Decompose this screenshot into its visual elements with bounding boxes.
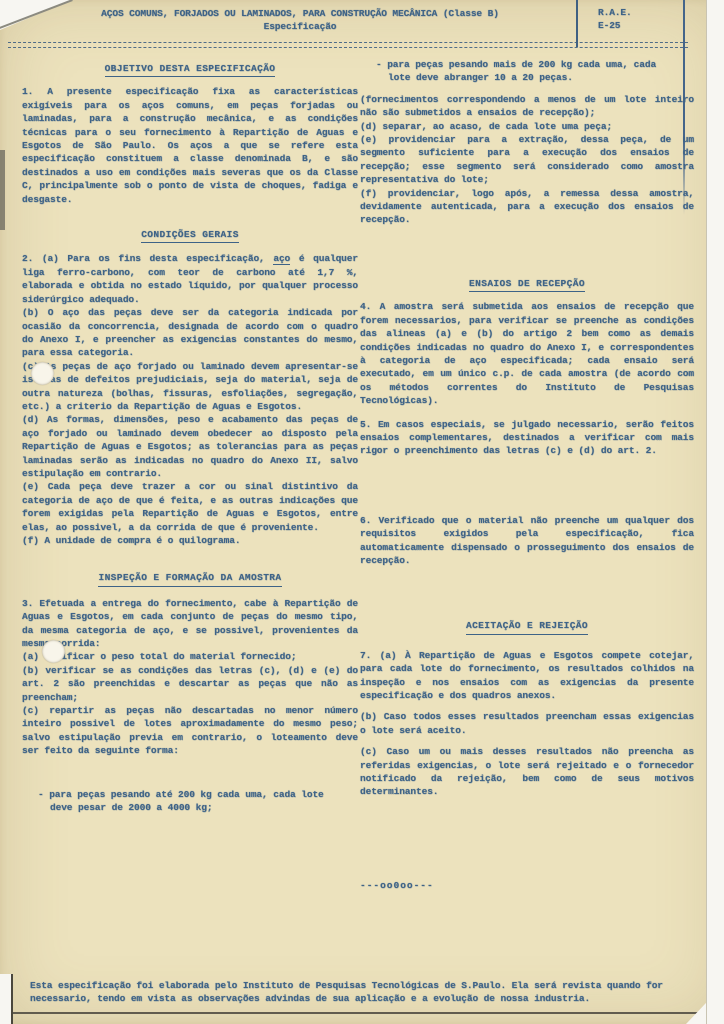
document-title: AÇOS COMUNS, FORJADOS OU LAMINADOS, PARA… — [30, 7, 570, 20]
reference-code: R.A.E. — [598, 6, 678, 19]
clause-4: 4. A amostra será submetida aos ensaios … — [360, 300, 694, 407]
header-horizontal-rule — [8, 42, 688, 48]
clause-3: 3. Efetuada a entrega do fornecimento, c… — [22, 597, 358, 651]
scanned-specification-page: { "colors": { "paper": "#ece2bd", "ink":… — [0, 0, 724, 1024]
nota-fornecimentos: (fornecimentos correspondendo a menos de… — [360, 93, 694, 120]
bullet-lote-grande: - para peças pesando mais de 200 kg cada… — [376, 58, 676, 85]
section-heading-inspecao-text: INSPEÇÃO E FORMAÇÃO DA AMOSTRA — [98, 571, 281, 586]
section-heading-ensaios-text: ENSAIOS DE RECEPÇÃO — [469, 277, 585, 292]
clause-7b: (b) Caso todos esses resultados preencha… — [360, 710, 694, 737]
footer-note: Esta especificação foi elaborada pelo In… — [30, 979, 696, 1006]
clause-2e: (e) Cada peça deve trazer a cor ou sinal… — [22, 480, 358, 534]
reference-number: E-25 — [598, 19, 678, 32]
clause-2a-pre: 2. (a) Para os fins desta especificação, — [22, 253, 273, 264]
document-header: AÇOS COMUNS, FORJADOS OU LAMINADOS, PARA… — [30, 7, 570, 34]
scan-gap-bottom-left — [0, 974, 13, 1024]
clause-3b: (b) verificar se as condições das letras… — [22, 664, 358, 704]
clause-5: 5. Em casos especiais, se julgado necess… — [360, 418, 694, 458]
clause-2a-term-aco: aço — [273, 253, 290, 265]
punch-hole-bottom — [42, 640, 65, 663]
clause-2a: 2. (a) Para os fins desta especificação,… — [22, 252, 358, 306]
scan-edge-smudge — [0, 150, 5, 230]
section-heading-aceitacao-text: ACEITAÇÃO E REJEIÇÃO — [466, 619, 588, 634]
clause-3e: (e) providenciar para a extração, dessa … — [360, 133, 694, 187]
punch-hole-top — [31, 362, 54, 385]
section-heading-ensaios: ENSAIOS DE RECEPÇÃO — [360, 277, 694, 292]
clause-2c: (c) As peças de aço forjado ou laminado … — [22, 360, 358, 414]
end-of-document-mark: ---oo0oo--- — [360, 879, 694, 892]
left-column: OBJETIVO DESTA ESPECIFICAÇÃO 1. A presen… — [22, 62, 358, 815]
section-heading-objetivo-text: OBJETIVO DESTA ESPECIFICAÇÃO — [105, 62, 276, 77]
clause-6: 6. Verificado que o material não preench… — [360, 514, 694, 568]
clause-1: 1. A presente especificação fixa as cara… — [22, 85, 358, 206]
clause-2f: (f) A unidade de compra é o quilograma. — [22, 534, 358, 547]
scan-gap-right — [706, 0, 724, 1024]
clause-3c: (c) repartir as peças não descartadas no… — [22, 704, 358, 758]
clause-2b: (b) O aço das peças deve ser da categori… — [22, 306, 358, 360]
header-vertical-divider — [576, 0, 578, 47]
section-heading-inspecao: INSPEÇÃO E FORMAÇÃO DA AMOSTRA — [22, 571, 358, 586]
clause-2d: (d) As formas, dimensões, peso e acabame… — [22, 413, 358, 480]
section-heading-aceitacao: ACEITAÇÃO E REJEIÇÃO — [360, 619, 694, 634]
clause-3a: (a) verificar o peso total do material f… — [22, 650, 358, 663]
clause-7c: (c) Caso um ou mais desses resultados nã… — [360, 745, 694, 799]
paper-bottom-edge-line — [11, 1012, 703, 1014]
clause-3f: (f) providenciar, logo após, a remessa d… — [360, 187, 694, 227]
section-heading-condicoes: CONDIÇÕES GERAIS — [22, 228, 358, 243]
section-heading-condicoes-text: CONDIÇÕES GERAIS — [141, 228, 239, 243]
reference-block: R.A.E. E-25 — [598, 6, 678, 33]
document-subtitle: Especificação — [30, 20, 570, 33]
clause-7a: 7. (a) À Repartição de Aguas e Esgotos c… — [360, 649, 694, 703]
bullet-lote-pequeno: - para peças pesando até 200 kg cada uma… — [38, 788, 338, 815]
clause-3d: (d) separar, ao acaso, de cada lote uma … — [360, 120, 694, 133]
section-heading-objetivo: OBJETIVO DESTA ESPECIFICAÇÃO — [22, 62, 358, 77]
right-column: - para peças pesando mais de 200 kg cada… — [360, 58, 694, 892]
